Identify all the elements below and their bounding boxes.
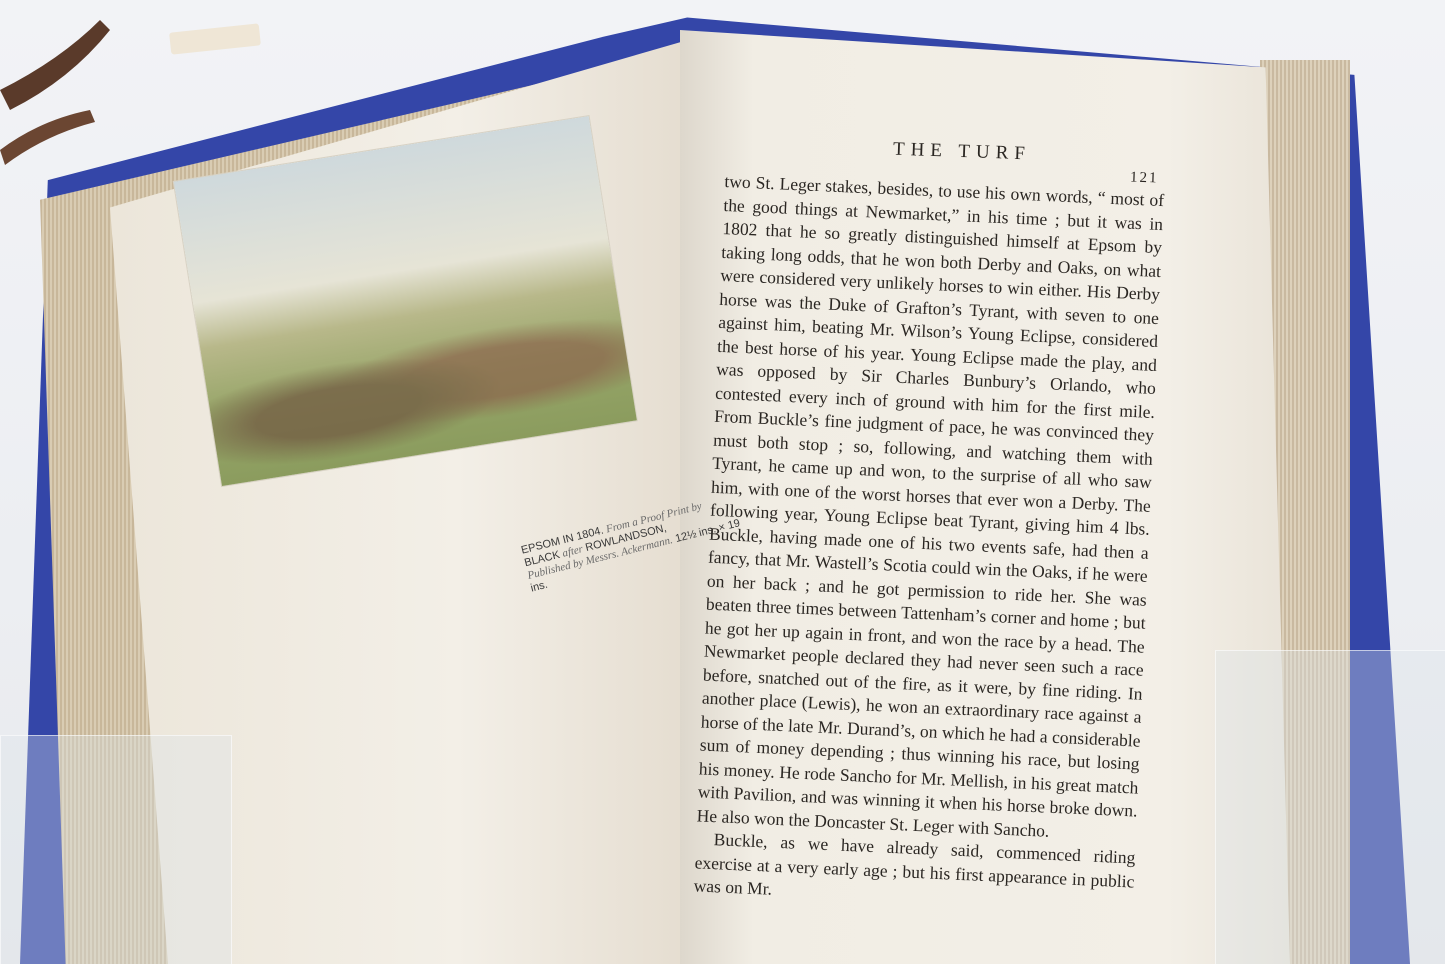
page-number: 121 bbox=[1130, 170, 1159, 188]
acrylic-stand-left bbox=[0, 735, 232, 964]
paragraph-1: two St. Leger stakes, besides, to use hi… bbox=[696, 170, 1164, 847]
leather-strap-object bbox=[0, 0, 140, 170]
page-text: two St. Leger stakes, besides, to use hi… bbox=[693, 170, 1164, 917]
colour-plate-illustration bbox=[174, 116, 637, 486]
acrylic-stand-right bbox=[1215, 650, 1445, 964]
